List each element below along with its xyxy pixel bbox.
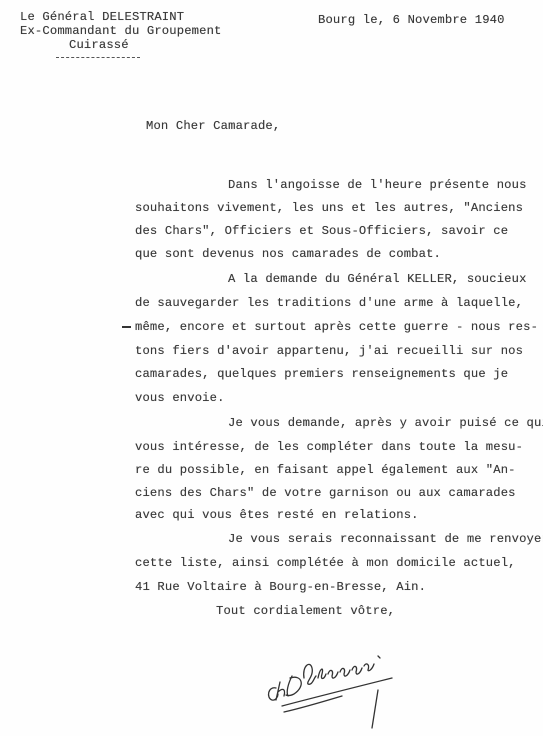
body-line: ciens des Chars" de votre garnison ou au… <box>135 486 516 500</box>
body-line: Dans l'angoisse de l'heure présente nous <box>228 178 527 192</box>
body-line: même, encore et surtout après cette guer… <box>135 320 538 334</box>
body-line: que sont devenus nos camarades de combat… <box>135 247 441 261</box>
body-line: vous envoie. <box>135 391 225 405</box>
body-line: camarades, quelques premiers renseigneme… <box>135 367 508 381</box>
body-line: vous intéresse, de les compléter dans to… <box>135 440 523 454</box>
sender-title: Ex-Commandant du Groupement <box>20 24 222 38</box>
sender-divider <box>56 57 140 58</box>
body-line: Je vous demande, après y avoir puisé ce … <box>228 416 543 430</box>
handwritten-signature <box>262 648 397 730</box>
body-line: des Chars", Officiers et Sous-Officiers,… <box>135 224 508 238</box>
body-line: tons fiers d'avoir appartenu, j'ai recue… <box>135 344 523 358</box>
salutation: Mon Cher Camarade, <box>146 119 280 133</box>
body-line: Je vous serais reconnaissant de me renvo… <box>228 532 543 546</box>
body-line: A la demande du Général KELLER, soucieux <box>228 272 527 286</box>
body-line: re du possible, en faisant appel égaleme… <box>135 463 516 477</box>
body-line: cette liste, ainsi complétée à mon domic… <box>135 556 516 570</box>
body-line: souhaitons vivement, les uns et les autr… <box>135 201 523 215</box>
letter-page: Le Général DELESTRAINT Ex-Commandant du … <box>0 0 543 736</box>
place-date: Bourg le, 6 Novembre 1940 <box>318 13 505 27</box>
body-line: de sauvegarder les traditions d'une arme… <box>135 296 523 310</box>
sender-name: Le Général DELESTRAINT <box>20 10 184 24</box>
sender-unit: Cuirassé <box>69 38 129 52</box>
closing: Tout cordialement vôtre, <box>216 604 395 618</box>
margin-dash-mark <box>122 326 131 328</box>
body-line: 41 Rue Voltaire à Bourg-en-Bresse, Ain. <box>135 580 426 594</box>
body-line: avec qui vous êtes resté en relations. <box>135 508 419 522</box>
